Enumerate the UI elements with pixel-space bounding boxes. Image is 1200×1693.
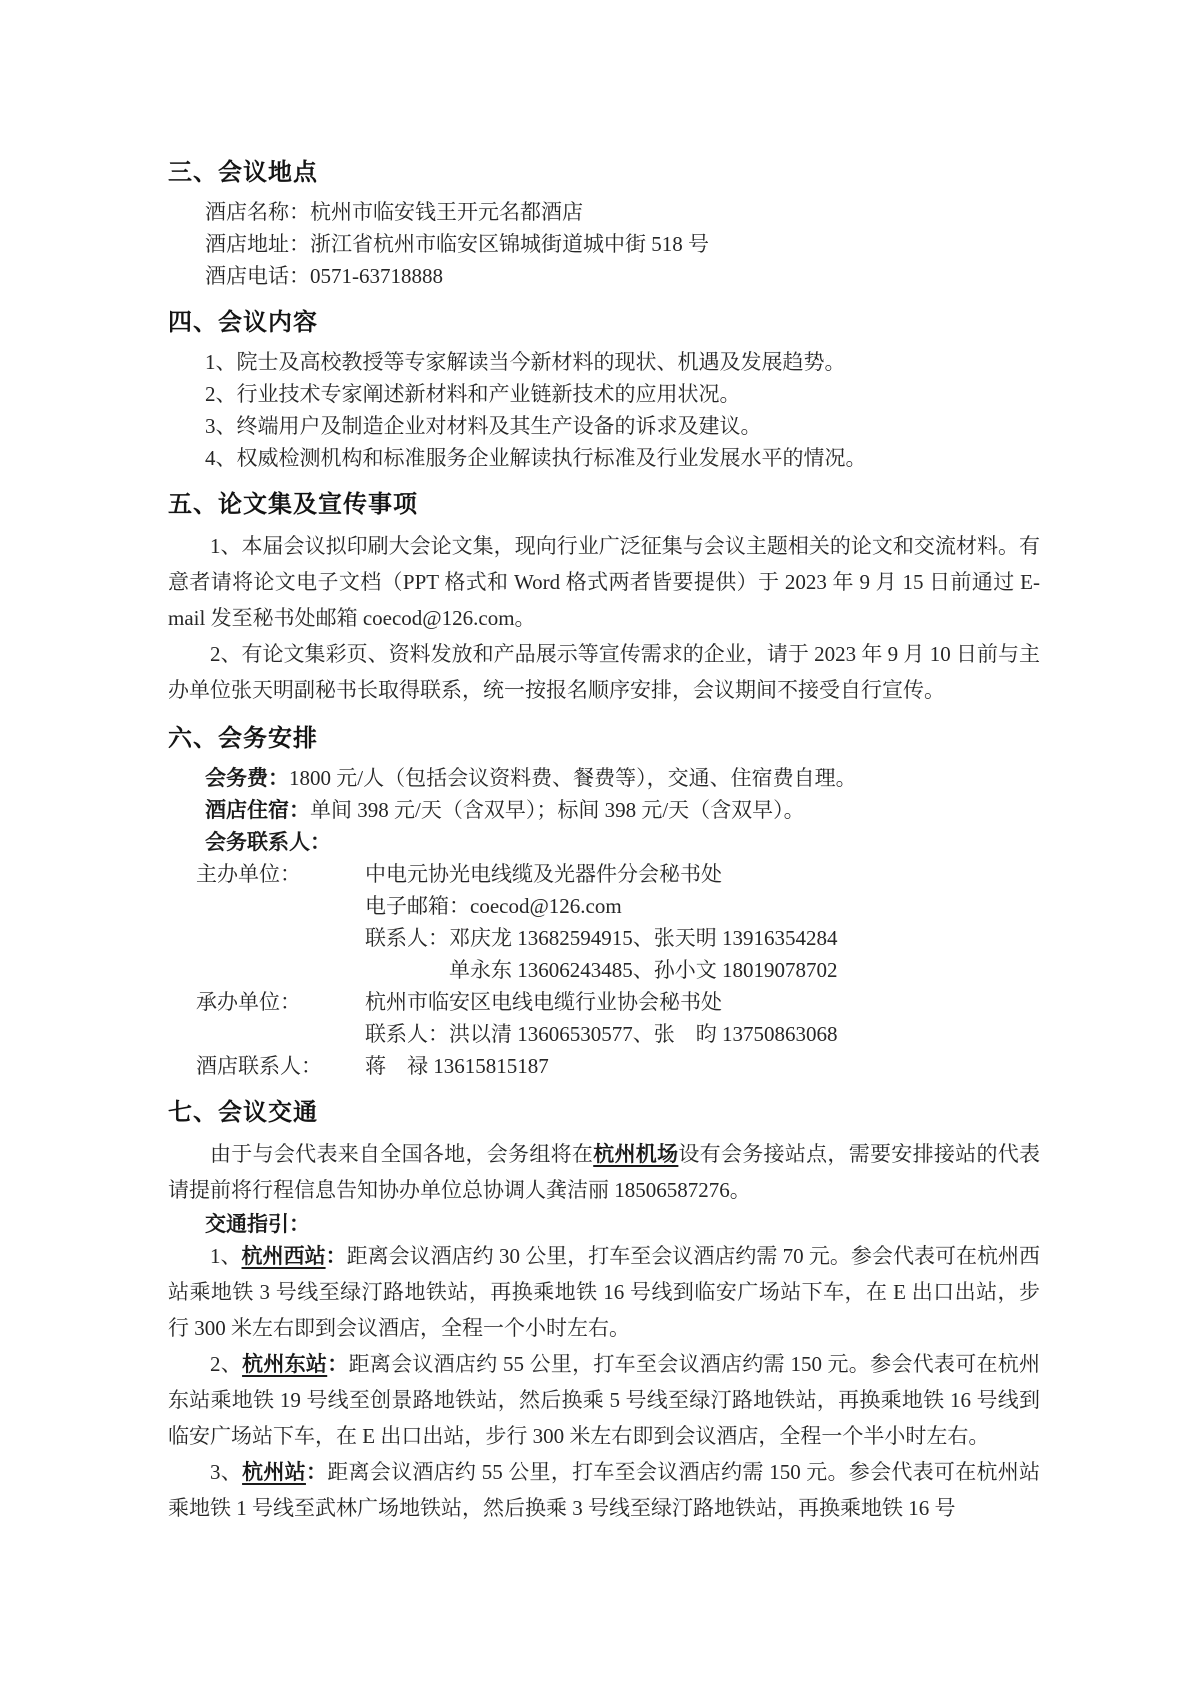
hotel-phone-value: 0571-63718888 — [310, 264, 443, 288]
station-name: 杭州东站 — [242, 1352, 327, 1376]
contacts-block: 主办单位： 中电元协光电线缆及光器件分会秘书处 电子邮箱：coecod@126.… — [168, 858, 1040, 1082]
guide-header: 交通指引： — [168, 1208, 1040, 1238]
route-colon: ： — [326, 1244, 347, 1268]
hotel-phone-label: 酒店电话： — [205, 264, 310, 288]
hotel-contact-person: 蒋 禄 13615815187 — [365, 1050, 1040, 1082]
route-west-station: 1、杭州西站：距离会议酒店约 30 公里，打车至会议酒店约需 70 元。参会代表… — [168, 1238, 1040, 1346]
section-logistics: 六、会务安排 会务费：1800 元/人（包括会议资料费、餐费等），交通、住宿费自… — [168, 724, 1040, 1082]
agenda-item: 1、院士及高校教授等专家解读当今新材料的现状、机遇及发展趋势。 — [205, 346, 1040, 378]
section-papers-heading: 五、论文集及宣传事项 — [168, 490, 1040, 520]
papers-paragraph-1: 1、本届会议拟印刷大会论文集，现向行业广泛征集与会议主题相关的论文和交流材料。有… — [168, 528, 1040, 636]
hotel-info-block: 酒店名称：杭州市临安钱王开元名都酒店 酒店地址：浙江省杭州市临安区锦城街道城中街… — [168, 196, 1040, 292]
route-number: 2、 — [210, 1352, 242, 1376]
organizer-email: 电子邮箱：coecod@126.com — [365, 890, 1040, 922]
co-organizer-label: 承办单位： — [196, 986, 365, 1050]
transport-intro: 由于与会代表来自全国各地，会务组将在杭州机场设有会务接站点，需要安排接站的代表请… — [168, 1136, 1040, 1208]
section-transport: 七、会议交通 由于与会代表来自全国各地，会务组将在杭州机场设有会务接站点，需要安… — [168, 1098, 1040, 1526]
section-venue-heading: 三、会议地点 — [168, 158, 1040, 188]
conference-fee-row: 会务费：1800 元/人（包括会议资料费、餐费等），交通、住宿费自理。 — [205, 762, 1040, 794]
section-agenda: 四、会议内容 1、院士及高校教授等专家解读当今新材料的现状、机遇及发展趋势。 2… — [168, 308, 1040, 474]
agenda-item: 3、终端用户及制造企业对材料及其生产设备的诉求及建议。 — [205, 410, 1040, 442]
transport-intro-pre: 由于与会代表来自全国各地，会务组将在 — [210, 1142, 593, 1166]
route-colon: ： — [327, 1352, 348, 1376]
organizer-contacts-2: 单永东 13606243485、孙小文 18019078702 — [365, 954, 1040, 986]
route-hangzhou-station: 3、杭州站：距离会议酒店约 55 公里，打车至会议酒店约需 150 元。参会代表… — [168, 1454, 1040, 1526]
hotel-contact-label: 酒店联系人： — [196, 1050, 365, 1082]
organizer-name: 中电元协光电线缆及光器件分会秘书处 — [365, 858, 1040, 890]
contacts-header-label: 会务联系人： — [205, 830, 331, 854]
station-name: 杭州西站 — [242, 1244, 326, 1268]
agenda-item: 2、行业技术专家阐述新材料和产业链新技术的应用状况。 — [205, 378, 1040, 410]
logistics-fees: 会务费：1800 元/人（包括会议资料费、餐费等），交通、住宿费自理。 酒店住宿… — [168, 762, 1040, 858]
papers-paragraph-2: 2、有论文集彩页、资料发放和产品展示等宣传需求的企业，请于 2023 年 9 月… — [168, 636, 1040, 708]
hotel-rate-label: 酒店住宿： — [205, 798, 310, 822]
station-name: 杭州站 — [242, 1460, 306, 1484]
section-logistics-heading: 六、会务安排 — [168, 724, 1040, 754]
conference-fee-label: 会务费： — [205, 766, 289, 790]
airport-highlight: 杭州机场 — [593, 1142, 678, 1166]
organizer-row: 主办单位： 中电元协光电线缆及光器件分会秘书处 电子邮箱：coecod@126.… — [168, 858, 1040, 986]
hotel-address-label: 酒店地址： — [205, 232, 310, 256]
organizer-contacts-1: 联系人：邓庆龙 13682594915、张天明 13916354284 — [365, 922, 1040, 954]
hotel-rate-row: 酒店住宿：单间 398 元/天（含双早）；标间 398 元/天（含双早）。 — [205, 794, 1040, 826]
route-number: 3、 — [210, 1460, 242, 1484]
guide-label: 交通指引： — [205, 1212, 310, 1236]
section-venue: 三、会议地点 酒店名称：杭州市临安钱王开元名都酒店 酒店地址：浙江省杭州市临安区… — [168, 158, 1040, 292]
hotel-name-label: 酒店名称： — [205, 200, 310, 224]
organizer-label: 主办单位： — [196, 858, 365, 986]
hotel-address-value: 浙江省杭州市临安区锦城街道城中街 518 号 — [310, 232, 709, 256]
hotel-rate-value: 单间 398 元/天（含双早）；标间 398 元/天（含双早）。 — [310, 798, 805, 822]
conference-notice-document: 三、会议地点 酒店名称：杭州市临安钱王开元名都酒店 酒店地址：浙江省杭州市临安区… — [0, 0, 1200, 1693]
conference-fee-value: 1800 元/人（包括会议资料费、餐费等），交通、住宿费自理。 — [289, 766, 857, 790]
route-number: 1、 — [210, 1244, 242, 1268]
agenda-item: 4、权威检测机构和标准服务企业解读执行标准及行业发展水平的情况。 — [205, 442, 1040, 474]
section-papers: 五、论文集及宣传事项 1、本届会议拟印刷大会论文集，现向行业广泛征集与会议主题相… — [168, 490, 1040, 708]
hotel-name-row: 酒店名称：杭州市临安钱王开元名都酒店 — [205, 196, 1040, 228]
contacts-header-row: 会务联系人： — [205, 826, 1040, 858]
hotel-address-row: 酒店地址：浙江省杭州市临安区锦城街道城中街 518 号 — [205, 228, 1040, 260]
hotel-contact-row: 酒店联系人： 蒋 禄 13615815187 — [168, 1050, 1040, 1082]
section-agenda-heading: 四、会议内容 — [168, 308, 1040, 338]
route-colon: ： — [306, 1460, 327, 1484]
hotel-phone-row: 酒店电话：0571-63718888 — [205, 260, 1040, 292]
hotel-name-value: 杭州市临安钱王开元名都酒店 — [310, 200, 583, 224]
co-organizer-contacts: 联系人：洪以清 13606530577、张 昀 13750863068 — [365, 1018, 1040, 1050]
route-east-station: 2、杭州东站：距离会议酒店约 55 公里，打车至会议酒店约需 150 元。参会代… — [168, 1346, 1040, 1454]
co-organizer-row: 承办单位： 杭州市临安区电线电缆行业协会秘书处 联系人：洪以清 13606530… — [168, 986, 1040, 1050]
agenda-list: 1、院士及高校教授等专家解读当今新材料的现状、机遇及发展趋势。 2、行业技术专家… — [168, 346, 1040, 474]
section-transport-heading: 七、会议交通 — [168, 1098, 1040, 1128]
co-organizer-name: 杭州市临安区电线电缆行业协会秘书处 — [365, 986, 1040, 1018]
